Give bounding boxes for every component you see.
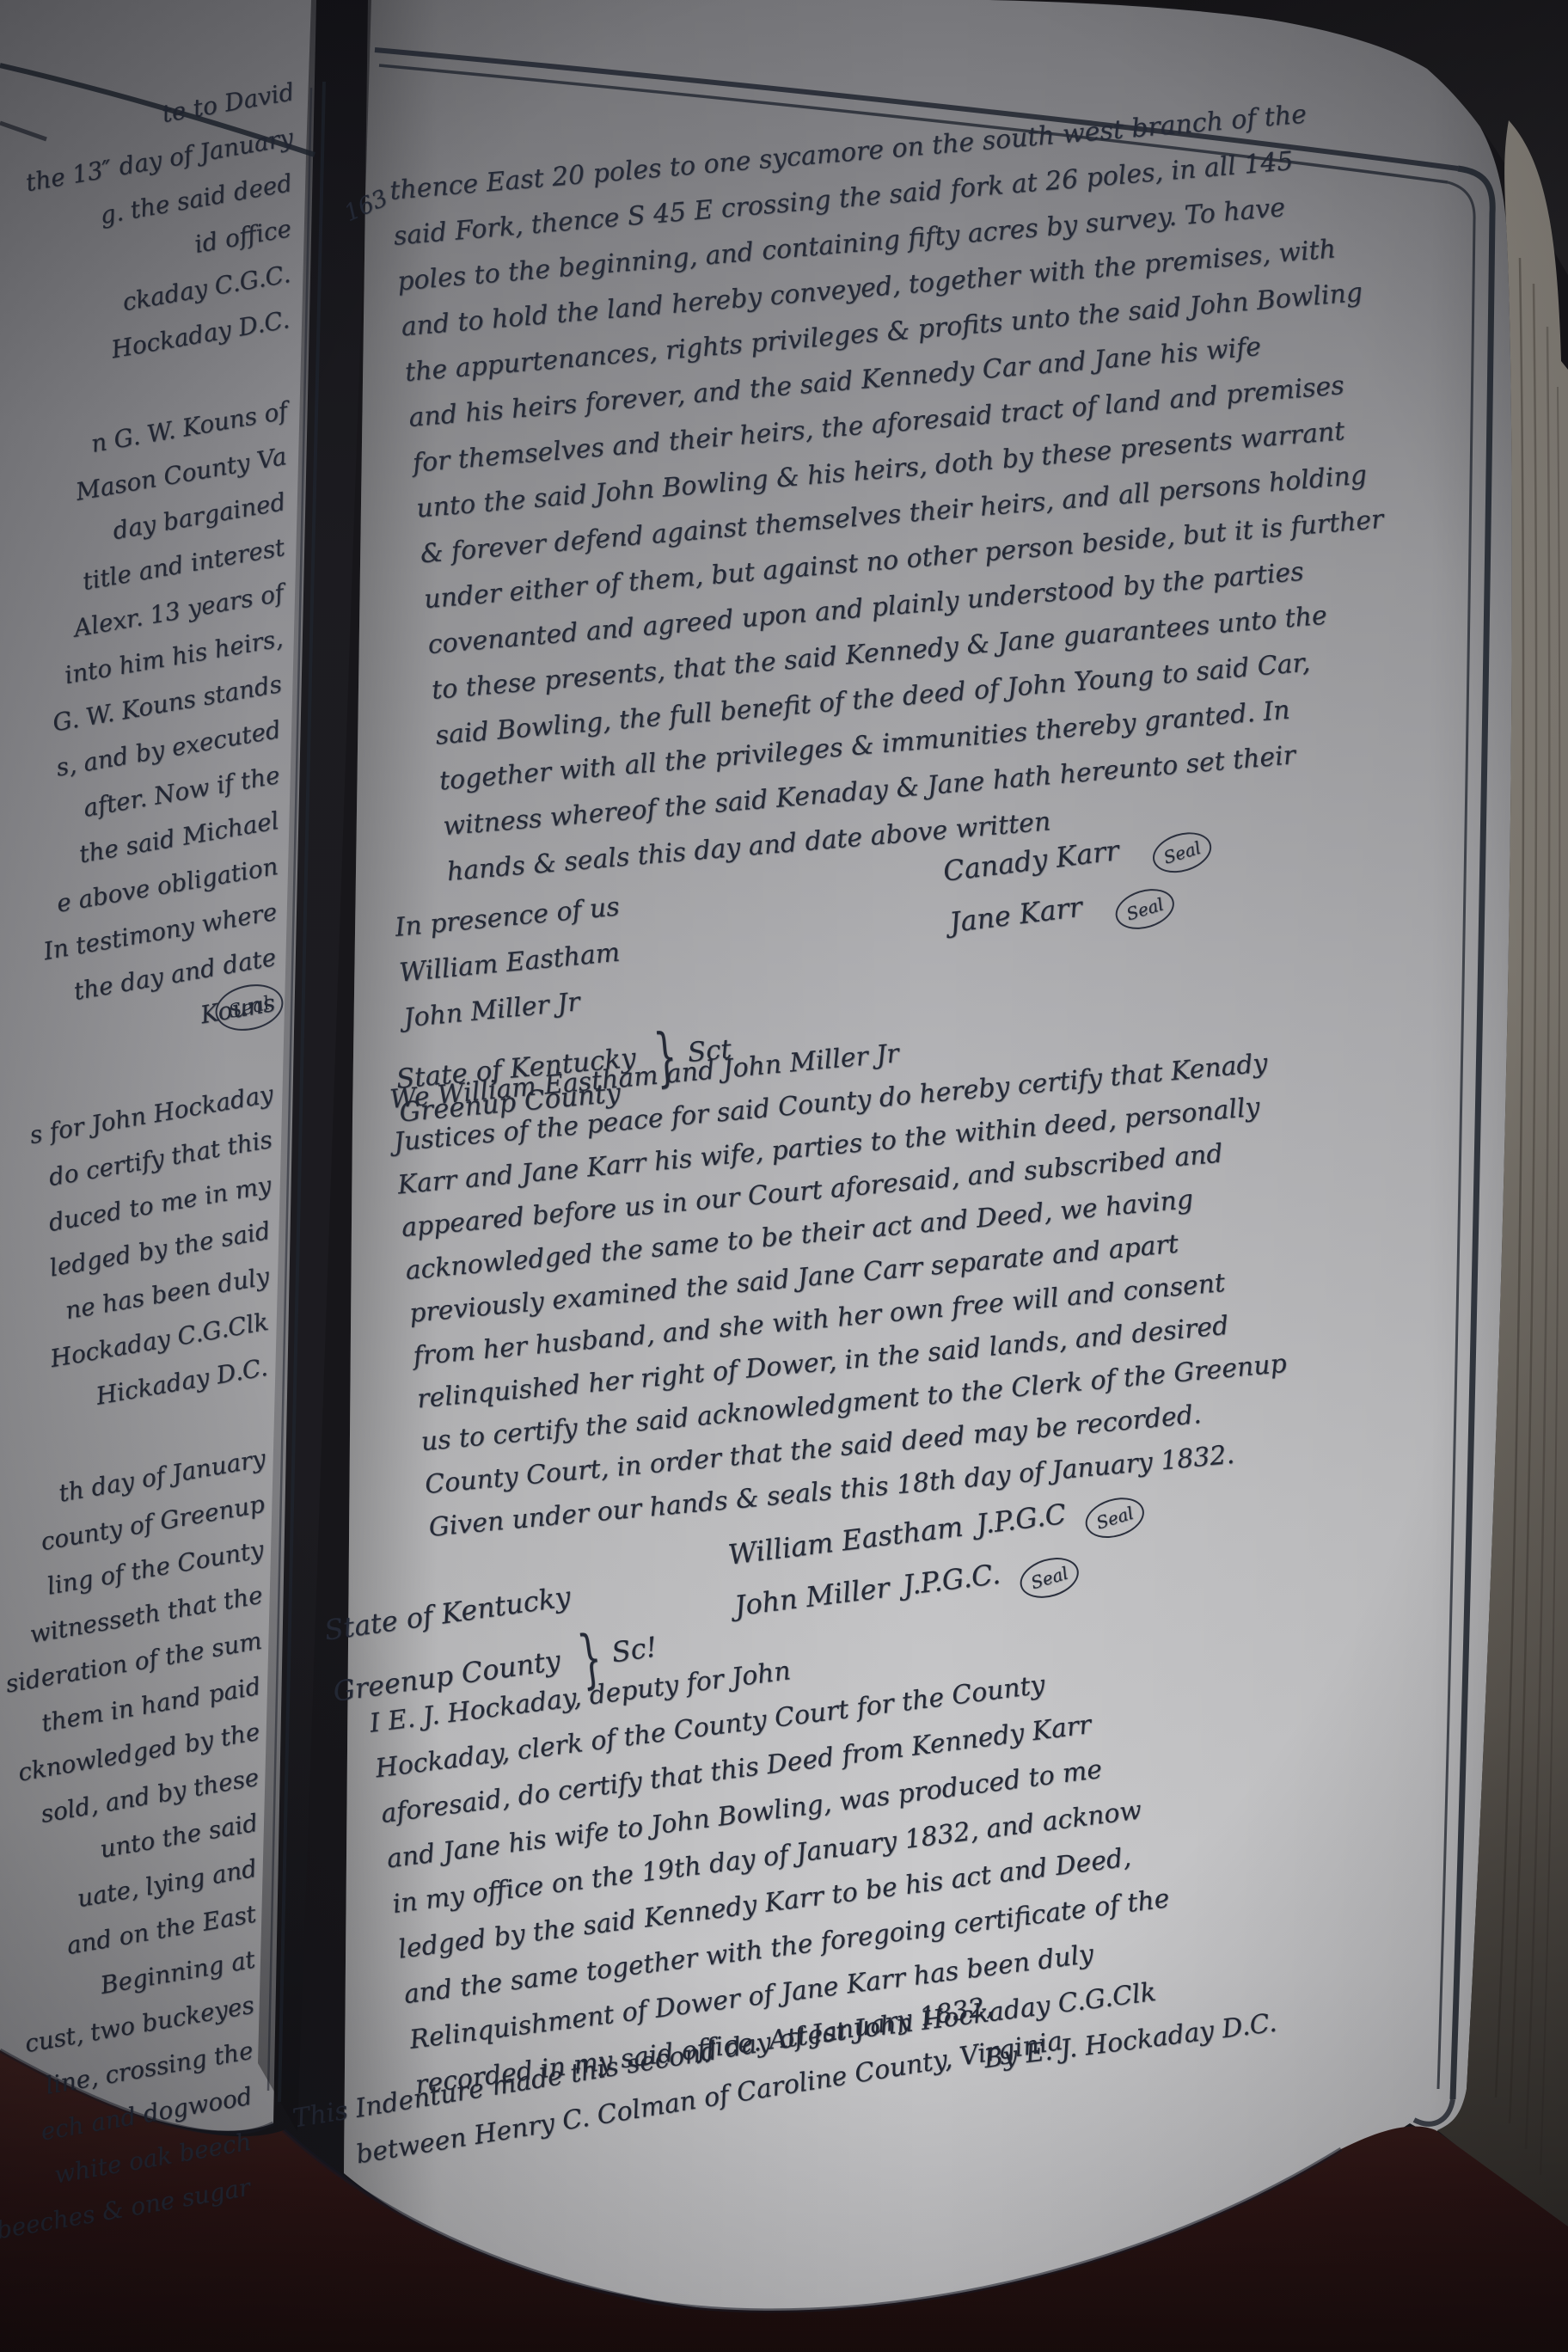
seal-mark: Seal	[1111, 882, 1179, 936]
deed-book-photo: te to Davidthe 13″ day of Januaryg. the …	[0, 0, 1568, 2352]
signature-title	[1093, 889, 1098, 922]
seal-mark: Seal	[1148, 826, 1216, 880]
page-margin-number: 163	[340, 185, 392, 227]
seal-mark: Seal	[1081, 1491, 1149, 1545]
left-page: te to Davidthe 13″ day of Januaryg. the …	[0, 70, 304, 2217]
jurat-sct: Sc!	[609, 1630, 658, 1669]
witness-block: In presence of us William EasthamJohn Mi…	[394, 891, 631, 1049]
signature-title	[1130, 832, 1135, 865]
jp-certificate: We William Eastham and John Miller JrJus…	[389, 985, 1528, 1556]
handwriting-layer: te to Davidthe 13″ day of Januaryg. the …	[0, 0, 1568, 2352]
seal-mark: Seal	[1015, 1551, 1084, 1605]
deed-body: thence East 20 poles to one sycamore on …	[389, 84, 1546, 903]
